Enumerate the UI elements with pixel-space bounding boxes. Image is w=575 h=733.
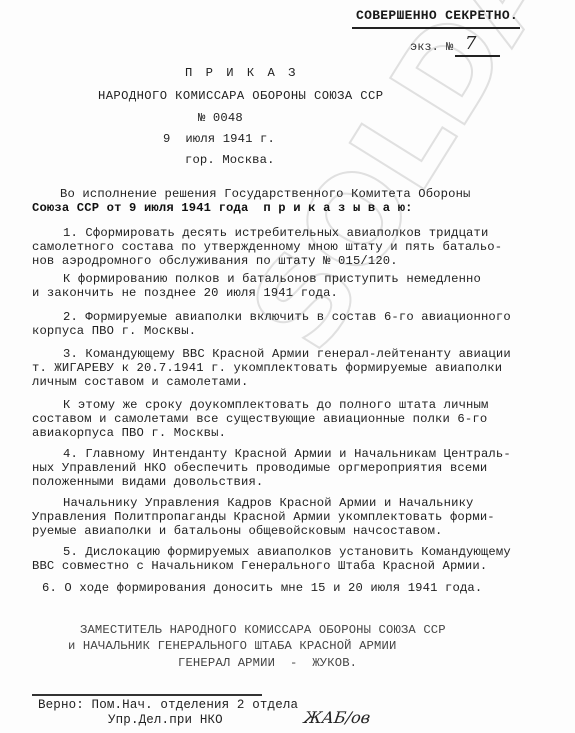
item-1b-line-1: К формированию полков и батальонов прист… xyxy=(63,272,481,286)
item-3-line-1: 3. Командующему ВВС Красной Армии генера… xyxy=(63,347,511,361)
item-2-line-1: 2. Формируемые авиаполки включить в сост… xyxy=(63,310,511,324)
doc-place: гор. Москва. xyxy=(185,153,275,167)
item-2-line-2: корпуса ПВО г. Москвы. xyxy=(32,324,196,338)
doc-type-title: П Р И К А З xyxy=(185,66,298,80)
copy-label: экз. № xyxy=(410,40,453,54)
item-4b-line-3: руемые авиаполки и батальоны общевойсков… xyxy=(32,524,443,538)
item-5-line-2: ВВС совместно с Начальником Генерального… xyxy=(32,559,487,573)
item-1b-line-2: и закончить не позднее 20 июля 1941 года… xyxy=(32,286,338,300)
handwritten-signature: ЖАБ/ов xyxy=(303,708,372,727)
item-3-line-3: личным составом и самолетами. xyxy=(32,375,248,389)
document-page: SOLDAT.ru СОВЕРШЕННО СЕКРЕТНО. экз. № 7 … xyxy=(0,0,575,733)
item-4-line-1: 4. Главному Интенданту Красной Армии и Н… xyxy=(63,447,511,461)
item-4b-line-2: Управления Политпропаганды Красной Армии… xyxy=(32,510,495,524)
item-4-line-3: положенными видами довольствия. xyxy=(32,475,263,489)
preamble-line-1: Во исполнение решения Государственного К… xyxy=(60,187,471,201)
doc-issuer: НАРОДНОГО КОМИССАРА ОБОРОНЫ СОЮЗА ССР xyxy=(98,89,383,103)
item-1-line-2: самолетного состава по утвержденному мно… xyxy=(32,240,502,254)
classification-underline xyxy=(352,27,520,29)
signatory-name: ГЕНЕРАЛ АРМИИ - ЖУКОВ. xyxy=(178,656,357,670)
doc-number: № 0048 xyxy=(198,111,243,125)
item-3b-line-2: составом и самолетами все существующие а… xyxy=(32,412,487,426)
item-4-line-2: ных Управлений НКО обеспечить проводимые… xyxy=(32,461,487,475)
item-5-line-1: 5. Дислокацию формируемых авиаполков уст… xyxy=(63,545,511,559)
item-1-line-3: нов аэродромного обслуживания по штату №… xyxy=(32,254,398,268)
item-3b-line-3: авиакорпуса ПВО г. Москвы. xyxy=(32,426,226,440)
item-6-line-1: 6. О ходе формирования доносить мне 15 и… xyxy=(42,581,482,595)
doc-date: 9 июля 1941 г. xyxy=(163,132,275,146)
copy-number: 7 xyxy=(465,33,476,54)
item-3-line-2: т. ЖИГАРЕВУ к 20.7.1941 г. укомплектоват… xyxy=(32,361,502,375)
preamble-line-2: Союза ССР от 9 июля 1941 года п р и к а … xyxy=(32,201,413,215)
signatory-title-1: ЗАМЕСТИТЕЛЬ НАРОДНОГО КОМИССАРА ОБОРОНЫ … xyxy=(80,623,446,637)
item-1-line-1: 1. Сформировать десять истребительных ав… xyxy=(63,226,488,240)
separator-rule xyxy=(32,694,262,696)
item-3b-line-1: К этому же сроку доукомплектовать до пол… xyxy=(63,398,488,412)
copy-underline xyxy=(455,55,500,57)
certification-line-1: Верно: Пом.Нач. отделения 2 отдела xyxy=(38,698,298,712)
certification-line-2: Упр.Дел.при НКО xyxy=(108,713,223,727)
classification-stamp: СОВЕРШЕННО СЕКРЕТНО. xyxy=(356,8,518,23)
item-4b-line-1: Начальнику Управления Кадров Красной Арм… xyxy=(63,496,474,510)
signatory-title-2: и НАЧАЛЬНИК ГЕНЕРАЛЬНОГО ШТАБА КРАСНОЙ А… xyxy=(68,639,396,653)
